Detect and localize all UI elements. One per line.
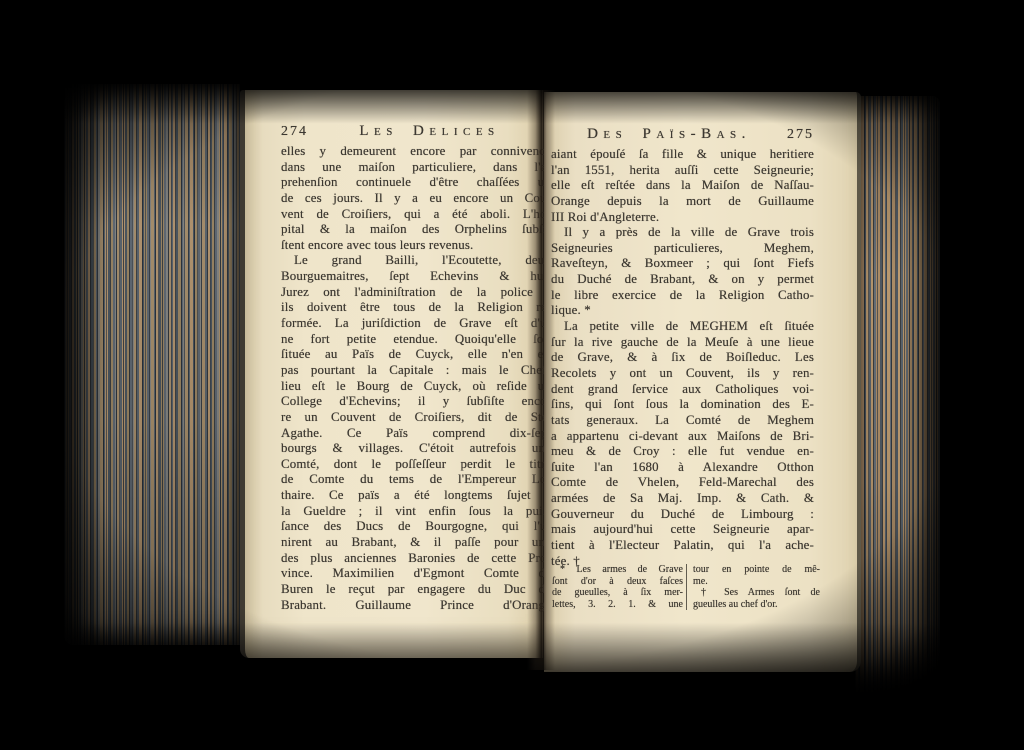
right-page-number: 275 — [787, 127, 814, 143]
text-line: ſins, qui ſont ſous la domination des E- — [551, 397, 814, 413]
text-line: La petite ville de MEGHEM eſt ſituée — [551, 319, 814, 335]
text-line: Seigneuries particulieres, Meghem, — [551, 241, 814, 257]
left-page-body: elles y demeurent encore par connivenced… — [281, 144, 551, 613]
text-line: de Comte du tems de l'Empereur Lo- — [281, 472, 551, 488]
text-line: College d'Echevins; il y ſubſiſte enco- — [281, 394, 551, 410]
right-page-body: aiant épouſé ſa fille & unique heritiere… — [551, 147, 814, 569]
text-line: elles y demeurent encore par connivence — [281, 144, 551, 160]
left-page-number: 274 — [281, 124, 308, 140]
text-line: vince. Maximilien d'Egmont Comte de — [281, 566, 551, 582]
text-line: elle eſt reſtée dans la Maiſon de Naſſau… — [551, 178, 814, 194]
text-line: dans une maiſon particuliere, dans l'a- — [281, 160, 551, 176]
left-page: 274 Les Delices elles y demeurent encore… — [240, 90, 543, 658]
text-line: de ces jours. Il y a eu encore un Cou- — [281, 191, 551, 207]
footnote-line: ſont d'or à deux faſces — [552, 576, 683, 588]
footnote-line: de gueulles, à ſix mer- — [552, 587, 683, 599]
text-line: bourgs & villages. C'étoit autrefois une — [281, 441, 551, 457]
page-edges-right — [855, 96, 940, 692]
text-line: l'an 1551, herita auſſi cette Seigneurie… — [551, 163, 814, 179]
text-line: Il y a près de la ville de Grave trois — [551, 225, 814, 241]
text-line: Bourguemaitres, ſept Echevins & huit — [281, 269, 551, 285]
text-line: meu & de Croy : elle fut vendue en- — [551, 444, 814, 460]
text-line: de Grave, & à ſix de Boiſleduc. Les — [551, 350, 814, 366]
text-line: pital & la maiſon des Orphelins ſubſi- — [281, 222, 551, 238]
text-line: du Duché de Brabant, & on y permet — [551, 272, 814, 288]
right-page: Des Païs-Bas. 275 aiant épouſé ſa fille … — [544, 92, 861, 672]
text-line: re un Couvent de Croiſiers, dit de Ste. — [281, 410, 551, 426]
text-line: formée. La juriſdiction de Grave eſt d'u… — [281, 316, 551, 332]
footnote-left-column: * Les armes de Graveſont d'or à deux faſ… — [552, 564, 683, 610]
text-line: ſituée au Païs de Cuyck, elle n'en eſt — [281, 347, 551, 363]
text-line: thaire. Ce païs a été longtems ſujet à — [281, 488, 551, 504]
text-line: Agathe. Ce Païs comprend dix-ſept — [281, 426, 551, 442]
left-running-title: Les Delices — [308, 123, 551, 140]
text-line: Comté, dont le poſſeſſeur perdit le titr… — [281, 457, 551, 473]
text-line: la Gueldre ; il vint enfin ſous la puiſ- — [281, 504, 551, 520]
footnote-line: me. — [693, 576, 820, 588]
footnote-right-column: tour en pointe de mê-me.† Ses Armes ſont… — [686, 564, 820, 610]
open-book: 274 Les Delices elles y demeurent encore… — [0, 0, 1024, 750]
footnote-line: tour en pointe de mê- — [693, 564, 820, 576]
text-line: armées de Sa Maj. Imp. & Cath. & — [551, 491, 814, 507]
footnote-line: lettes, 3. 2. 1. & une — [552, 599, 683, 611]
text-line: aiant épouſé ſa fille & unique heritiere — [551, 147, 814, 163]
text-line: ſur la rive gauche de la Meuſe à une lie… — [551, 335, 814, 351]
text-line: Buren le reçut par engagere du Duc de — [281, 582, 551, 598]
text-line: Raveſteyn, & Boxmeer ; qui ſont Fiefs — [551, 256, 814, 272]
book-photo-stage: 274 Les Delices elles y demeurent encore… — [0, 0, 1024, 750]
footnote-block: * Les armes de Graveſont d'or à deux faſ… — [552, 564, 820, 610]
text-line: a appartenu ci-devant aux Maiſons de Bri… — [551, 429, 814, 445]
text-line: Orange depuis la mort de Guillaume — [551, 194, 814, 210]
text-line: III Roi d'Angleterre. — [551, 210, 814, 226]
footnote-line: gueulles au chef d'or. — [693, 599, 820, 611]
text-line: des plus anciennes Baronies de cette Pro… — [281, 551, 551, 567]
text-line: nirent au Brabant, & il paſſe pour une — [281, 535, 551, 551]
footnote-line: * Les armes de Grave — [552, 564, 683, 576]
text-line: tats generaux. La Comté de Meghem — [551, 413, 814, 429]
text-line: prehenſion continuele d'être chaſſées un — [281, 175, 551, 191]
text-line: dent grand ſervice aux Catholiques voi- — [551, 382, 814, 398]
text-line: Brabant. Guillaume Prince d'Orange — [281, 598, 551, 614]
text-line: ſtent encore avec tous leurs revenus. — [281, 238, 551, 254]
text-line: lique. * — [551, 303, 814, 319]
right-page-header: Des Païs-Bas. 275 — [551, 126, 814, 145]
text-line: Gouverneur du Duché de Limbourg : — [551, 507, 814, 523]
text-line: ils doivent être tous de la Religion re- — [281, 300, 551, 316]
text-line: vent de Croiſiers, qui a été aboli. L'ho… — [281, 207, 551, 223]
text-line: ſuite l'an 1680 à Alexandre Otthon — [551, 460, 814, 476]
right-page-text: Des Païs-Bas. 275 aiant épouſé ſa fille … — [551, 126, 814, 569]
text-line: mais aujourd'hui cette Seigneurie apar- — [551, 522, 814, 538]
text-line: ſance des Ducs de Bourgogne, qui l'u- — [281, 519, 551, 535]
text-line: lieu eſt le Bourg de Cuyck, où reſide un — [281, 379, 551, 395]
text-line: le libre exercice de la Religion Catho- — [551, 288, 814, 304]
footnote-line: † Ses Armes ſont de — [693, 587, 820, 599]
left-page-text: 274 Les Delices elles y demeurent encore… — [281, 123, 551, 613]
text-line: tient à l'Electeur Palatin, qui l'a ache… — [551, 538, 814, 554]
text-line: Recolets y ont un Couvent, ils y ren- — [551, 366, 814, 382]
page-edges-left — [64, 84, 240, 645]
left-page-header: 274 Les Delices — [281, 123, 551, 142]
text-line: ne fort petite etendue. Quoiqu'elle ſoit — [281, 332, 551, 348]
right-running-title: Des Païs-Bas. — [551, 126, 787, 143]
text-line: Jurez ont l'adminiſtration de la police … — [281, 285, 551, 301]
text-line: Le grand Bailli, l'Ecoutette, deux — [281, 253, 551, 269]
text-line: Comte de Vhelen, Feld-Marechal des — [551, 475, 814, 491]
text-line: pas pourtant la Capitale : mais le Chef- — [281, 363, 551, 379]
